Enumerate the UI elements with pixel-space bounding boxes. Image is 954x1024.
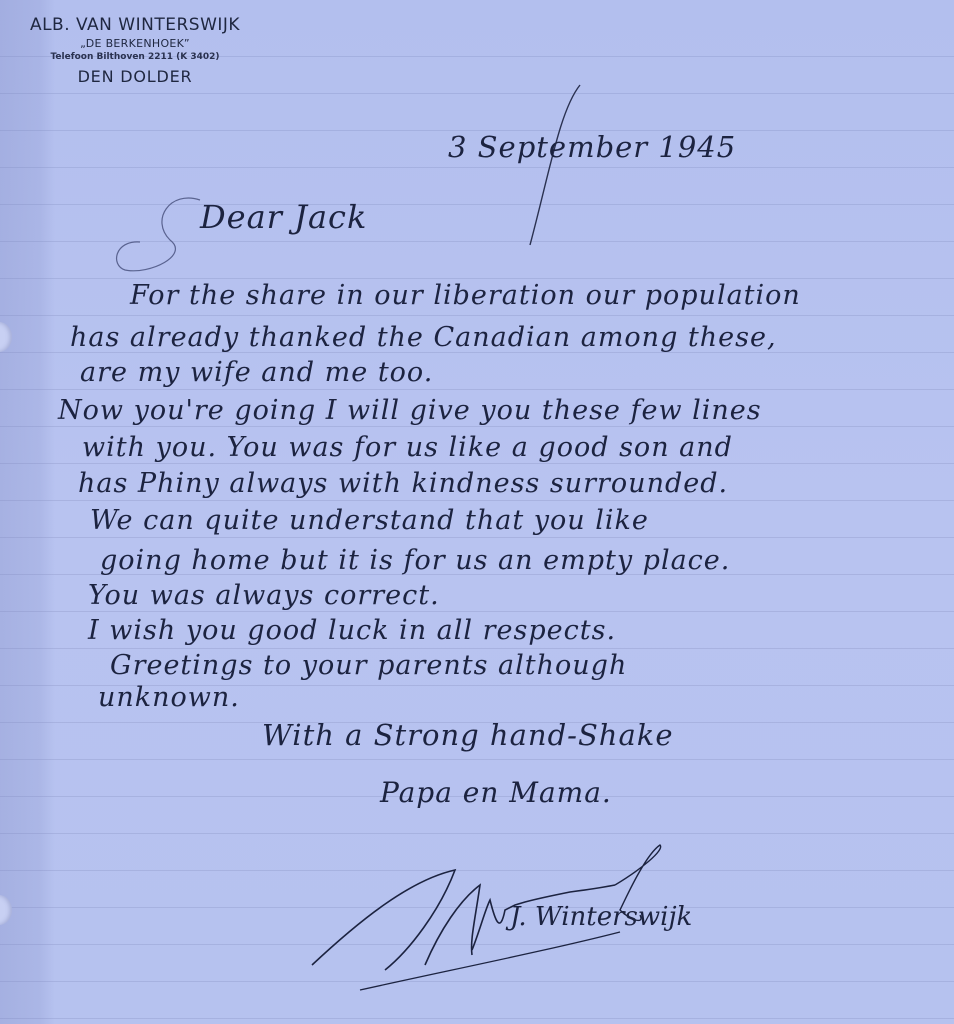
signature: J. Winterswijk: [300, 840, 700, 1000]
letter-date: 3 September 1945: [448, 130, 736, 164]
date-flourish-icon: [520, 80, 590, 250]
letter-salutation: Dear Jack: [200, 198, 367, 236]
letterhead-phone: Telefoon Bilthoven 2211 (K 3402): [0, 51, 270, 64]
binder-hole: [0, 895, 12, 925]
body-line: We can quite understand that you like: [90, 505, 649, 536]
body-line: are my wife and me too.: [80, 357, 433, 388]
body-line: Greetings to your parents although: [110, 650, 627, 681]
letter-paper: ALB. VAN WINTERSWIJK „DE BERKENHOEK” Tel…: [0, 0, 954, 1024]
signature-text: J. Winterswijk: [505, 902, 692, 932]
letterhead-house: „DE BERKENHOEK”: [0, 36, 270, 51]
body-line: has Phiny always with kindness surrounde…: [78, 468, 728, 499]
letterhead-name: ALB. VAN WINTERSWIJK: [0, 14, 270, 36]
letterhead: ALB. VAN WINTERSWIJK „DE BERKENHOEK” Tel…: [0, 14, 270, 88]
body-line: has already thanked the Canadian among t…: [70, 322, 777, 353]
body-line: You was always correct.: [88, 580, 440, 611]
body-line: Now you're going I will give you these f…: [58, 395, 762, 426]
body-line: going home but it is for us an empty pla…: [100, 545, 730, 576]
body-line: with you. You was for us like a good son…: [82, 432, 733, 463]
signature-scribble-icon: J. Winterswijk: [300, 840, 700, 1000]
letter-signoff: Papa en Mama.: [380, 776, 612, 809]
body-line: For the share in our liberation our popu…: [130, 280, 801, 311]
letterhead-city: DEN DOLDER: [0, 66, 270, 88]
binder-hole: [0, 322, 12, 352]
body-line: I wish you good luck in all respects.: [88, 615, 616, 646]
letter-closing: With a Strong hand-Shake: [262, 718, 674, 752]
body-line: unknown.: [98, 682, 240, 713]
